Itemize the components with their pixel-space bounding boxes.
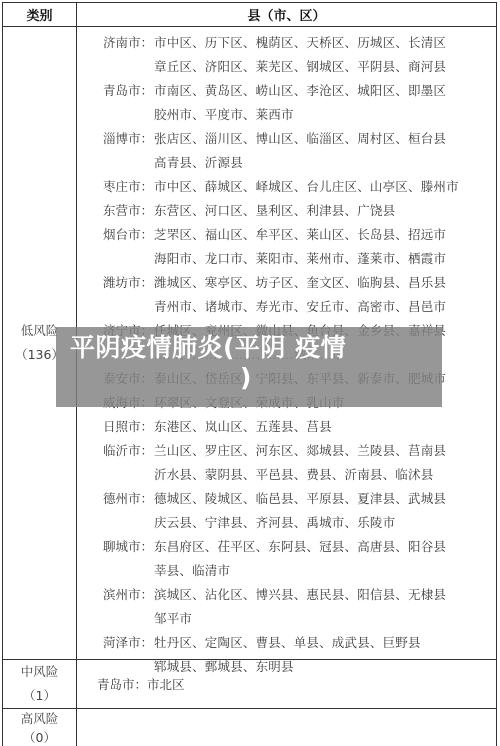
district-line: 邹平市 <box>77 607 496 631</box>
district-items: 东营区、河口区、垦利区、利津县、广饶县 <box>153 199 395 223</box>
overlay-title-line2: ) <box>70 363 442 393</box>
city-name <box>77 103 153 127</box>
city-name: 滨州市： <box>77 583 153 607</box>
high-risk-category: 高风险 （0） <box>3 709 77 746</box>
district-line: 烟台市：芝罘区、福山区、牟平区、莱山区、长岛县、招远市 <box>77 223 496 247</box>
district-items: 张店区、淄川区、博山区、临淄区、周村区、桓台县 <box>153 127 446 151</box>
high-risk-row: 高风险 （0） <box>3 709 497 746</box>
district-items: 滨城区、沾化区、博兴县、惠民县、阳信县、无棣县 <box>153 583 446 607</box>
header-districts: 县（市、区） <box>77 3 497 27</box>
header-row: 类别 县（市、区） <box>3 3 497 27</box>
district-items: 潍城区、寒亭区、坊子区、奎文区、临朐县、昌乐县 <box>153 271 446 295</box>
high-risk-list <box>77 709 497 746</box>
district-line: 青岛市：市南区、黄岛区、崂山区、李沧区、城阳区、即墨区 <box>77 79 496 103</box>
district-line: 德州市：德城区、陵城区、临邑县、平原县、夏津县、武城县 <box>77 487 496 511</box>
district-items: 市中区、薛城区、峄城区、台儿庄区、山亭区、滕州市 <box>153 175 459 199</box>
district-line: 聊城市：东昌府区、茌平区、东阿县、冠县、高唐县、阳谷县 <box>77 535 496 559</box>
city-name: 菏泽市： <box>77 631 153 655</box>
district-items: 市中区、历下区、槐荫区、天桥区、历城区、长清区 <box>153 31 446 55</box>
district-items: 胶州市、平度市、莱西市 <box>153 103 294 127</box>
city-name <box>77 151 153 175</box>
district-items: 邹平市 <box>153 607 192 631</box>
district-line: 淄博市：张店区、淄川区、博山区、临淄区、周村区、桓台县 <box>77 127 496 151</box>
district-items: 东港区、岚山区、五莲县、莒县 <box>153 415 332 439</box>
city-name <box>77 247 153 271</box>
city-name <box>77 559 153 583</box>
high-risk-count: （0） <box>3 728 76 746</box>
city-name: 临沂市： <box>77 439 153 463</box>
district-line: 日照市：东港区、岚山区、五莲县、莒县 <box>77 415 496 439</box>
city-name: 东营市： <box>77 199 153 223</box>
district-items: 市南区、黄岛区、崂山区、李沧区、城阳区、即墨区 <box>153 79 446 103</box>
district-items: 兰山区、罗庄区、河东区、郯城县、兰陵县、莒南县 <box>153 439 446 463</box>
district-line: 枣庄市：市中区、薛城区、峄城区、台儿庄区、山亭区、滕州市 <box>77 175 496 199</box>
city-name <box>77 511 153 535</box>
district-items: 德城区、陵城区、临邑县、平原县、夏津县、武城县 <box>153 487 446 511</box>
city-name: 淄博市： <box>77 127 153 151</box>
district-line: 青州市、诸城市、寿光市、安丘市、高密市、昌邑市 <box>77 295 496 319</box>
district-line: 临沂市：兰山区、罗庄区、河东区、郯城县、兰陵县、莒南县 <box>77 439 496 463</box>
city-name <box>77 295 153 319</box>
city-name: 枣庄市： <box>77 175 153 199</box>
district-items: 东昌府区、茌平区、东阿县、冠县、高唐县、阳谷县 <box>153 535 446 559</box>
district-line: 海阳市、龙口市、莱阳市、莱州市、蓬莱市、栖霞市 <box>77 247 496 271</box>
district-line: 庆云县、宁津县、齐河县、禹城市、乐陵市 <box>77 511 496 535</box>
district-items: 牡丹区、定陶区、曹县、单县、成武县、巨野县 <box>153 631 421 655</box>
district-line: 东营市：东营区、河口区、垦利区、利津县、广饶县 <box>77 199 496 223</box>
district-line: 菏泽市：牡丹区、定陶区、曹县、单县、成武县、巨野县 <box>77 631 496 655</box>
city-name: 济南市： <box>77 31 153 55</box>
city-name <box>77 55 153 79</box>
district-line: 高青县、沂源县 <box>77 151 496 175</box>
mid-risk-items: 市北区 <box>147 677 185 692</box>
district-line: 章丘区、济阳区、莱芜区、钢城区、平阴县、商河县 <box>77 55 496 79</box>
city-name: 潍坊市： <box>77 271 153 295</box>
district-items: 青州市、诸城市、寿光市、安丘市、高密市、昌邑市 <box>153 295 446 319</box>
title-overlay-banner: 平阴疫情肺炎(平阴 疫情 ) <box>56 327 442 407</box>
header-category: 类别 <box>3 3 77 27</box>
district-line: 潍坊市：潍城区、寒亭区、坊子区、奎文区、临朐县、昌乐县 <box>77 271 496 295</box>
city-name: 德州市： <box>77 487 153 511</box>
district-line: 滨州市：滨城区、沾化区、博兴县、惠民县、阳信县、无棣县 <box>77 583 496 607</box>
high-risk-label: 高风险 <box>3 709 76 728</box>
city-name: 日照市： <box>77 415 153 439</box>
city-name <box>77 463 153 487</box>
district-items: 高青县、沂源县 <box>153 151 243 175</box>
district-items: 章丘区、济阳区、莱芜区、钢城区、平阴县、商河县 <box>153 55 446 79</box>
overlay-title-line1: 平阴疫情肺炎(平阴 疫情 <box>70 333 442 363</box>
district-items: 芝罘区、福山区、牟平区、莱山区、长岛县、招远市 <box>153 223 446 247</box>
district-line: 沂水县、蒙阴县、平邑县、费县、沂南县、临沭县 <box>77 463 496 487</box>
mid-risk-label: 中风险 <box>3 660 76 684</box>
district-line: 济南市：市中区、历下区、槐荫区、天桥区、历城区、长清区 <box>77 31 496 55</box>
district-line: 莘县、临清市 <box>77 559 496 583</box>
district-items: 莘县、临清市 <box>153 559 230 583</box>
district-items: 沂水县、蒙阴县、平邑县、费县、沂南县、临沭县 <box>153 463 433 487</box>
overlay-title: 平阴疫情肺炎(平阴 疫情 ) <box>70 333 442 393</box>
city-name: 青岛市： <box>77 79 153 103</box>
mid-risk-count: （1） <box>3 684 76 708</box>
mid-risk-city: 青岛市： <box>97 677 147 692</box>
district-items: 庆云县、宁津县、齐河县、禹城市、乐陵市 <box>153 511 395 535</box>
city-name <box>77 607 153 631</box>
mid-risk-category: 中风险 （1） <box>3 660 77 709</box>
city-name: 烟台市： <box>77 223 153 247</box>
district-line: 胶州市、平度市、莱西市 <box>77 103 496 127</box>
city-name: 聊城市： <box>77 535 153 559</box>
district-items: 海阳市、龙口市、莱阳市、莱州市、蓬莱市、栖霞市 <box>153 247 446 271</box>
